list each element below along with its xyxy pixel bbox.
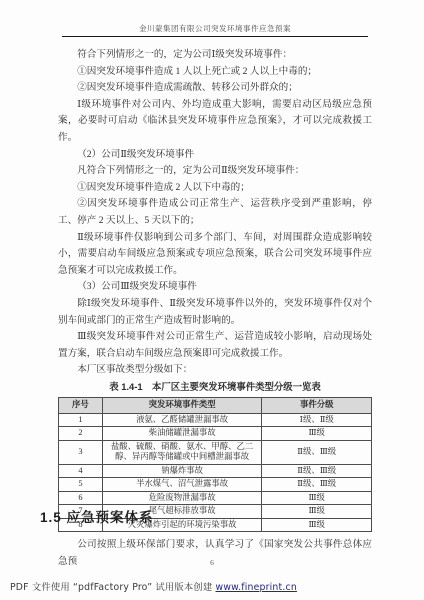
paragraph: 本厂区事故类型分级如下： [58,362,372,379]
cell-type: 危险废物泄漏事故 [102,491,262,505]
cell-no: 6 [59,491,103,505]
table-row: 6 危险废物泄漏事故 Ⅲ级 [59,491,372,505]
section-heading-1-5: 1.5 应急预案体系 [40,506,372,526]
cell-grade: Ⅰ级、Ⅱ级 [262,413,372,427]
cell-grade: Ⅱ级、Ⅲ级 [262,478,372,492]
paragraph: Ⅲ级突发环境事件对公司正常生产、运营造成较小影响，启动现场处置方案，联合启动车间… [58,329,372,362]
table-row: 2 柴油储罐泄漏事故 Ⅲ级 [59,427,372,441]
cell-type: 半水煤气、沼气泄露事故 [102,478,262,492]
table-row: 3 盐酸、硫酸、硝酸、氨水、甲醇、乙二醇、异丙醇等储罐或中间槽泄漏事故 Ⅱ级、Ⅲ… [59,440,372,464]
paragraph: （3）公司Ⅲ级突发环境事件 [58,279,372,296]
watermark-text: PDF 文件使用 “pdfFactory Pro” 试用版本创建 [10,582,216,593]
paragraph: Ⅱ级环境事件仅影响到公司多个部门、车间，对周围群众造成影响较小，需要启动车间级应… [58,230,372,280]
cell-type: 盐酸、硫酸、硝酸、氨水、甲醇、乙二醇、异丙醇等储罐或中间槽泄漏事故 [102,440,262,464]
paragraph: 除Ⅰ级突发环境事件、Ⅱ级突发环境事件以外的，突发环境事件仅对个别车间或部门的正常… [58,296,372,329]
document-header-title: 金川蒙集团有限公司突发环境事件应急预案 [62,23,368,34]
paragraph: ①因突发环境事件造成 2 人以下中毒的； [58,180,372,197]
col-header-grade: 事件分级 [262,398,372,414]
paragraph: 符合下列情形之一的，定为公司Ⅰ级突发环境事件： [58,47,372,64]
paragraph: ②因突发环境事件造成公司正常生产、运营秩序受到严重影响，停工、停产 2 天以上、… [58,196,372,229]
fineprint-link[interactable]: www.fineprint.cn [216,582,297,593]
cell-type: 液氨、乙醛储罐泄漏事故 [102,413,262,427]
paragraph: （2）公司Ⅱ级突发环境事件 [58,147,372,164]
table-header-row: 序号 突发环境事件类型 事件分级 [59,398,372,414]
table-row: 1 液氨、乙醛储罐泄漏事故 Ⅰ级、Ⅱ级 [59,413,372,427]
cell-type: 钠爆炸事故 [102,464,262,478]
pdf-page: 金川蒙集团有限公司突发环境事件应急预案 符合下列情形之一的，定为公司Ⅰ级突发环境… [0,0,424,600]
paragraph: 凡符合下列情形之一的，定为公司Ⅱ级突发环境事件： [58,163,372,180]
cell-grade: Ⅲ级 [262,491,372,505]
cell-type: 柴油储罐泄漏事故 [102,427,262,441]
cell-grade: Ⅲ级 [262,427,372,441]
table-title: 表 1.4-1 本厂区主要突发环境事件类型分级一览表 [58,379,372,396]
cell-no: 5 [59,478,103,492]
document-body: 符合下列情形之一的，定为公司Ⅰ级突发环境事件： ①因突发环境事件造成 1 人以上… [58,47,372,532]
col-header-no: 序号 [59,398,103,414]
col-header-type: 突发环境事件类型 [102,398,262,414]
header-divider [62,36,368,37]
table-row: 5 半水煤气、沼气泄露事故 Ⅱ级、Ⅲ级 [59,478,372,492]
cell-grade: Ⅱ级、Ⅲ级 [262,440,372,464]
cell-no: 2 [59,427,103,441]
page-number: 6 [0,558,424,567]
cell-grade: Ⅱ级、Ⅲ级 [262,464,372,478]
paragraph: ①因突发环境事件造成 1 人以上死亡或 2 人以上中毒的； [58,64,372,81]
cell-no: 1 [59,413,103,427]
pdffactory-watermark: PDF 文件使用 “pdfFactory Pro” 试用版本创建 www.fin… [10,579,414,593]
paragraph: Ⅰ级环境事件对公司内、外均造成重大影响，需要启动区局级应急预案，必要时可启动《临… [58,97,372,147]
cell-no: 4 [59,464,103,478]
table-row: 4 钠爆炸事故 Ⅱ级、Ⅲ级 [59,464,372,478]
paragraph: ②因突发环境事件造成需疏散、转移公司外群众的； [58,80,372,97]
cell-no: 3 [59,440,103,464]
